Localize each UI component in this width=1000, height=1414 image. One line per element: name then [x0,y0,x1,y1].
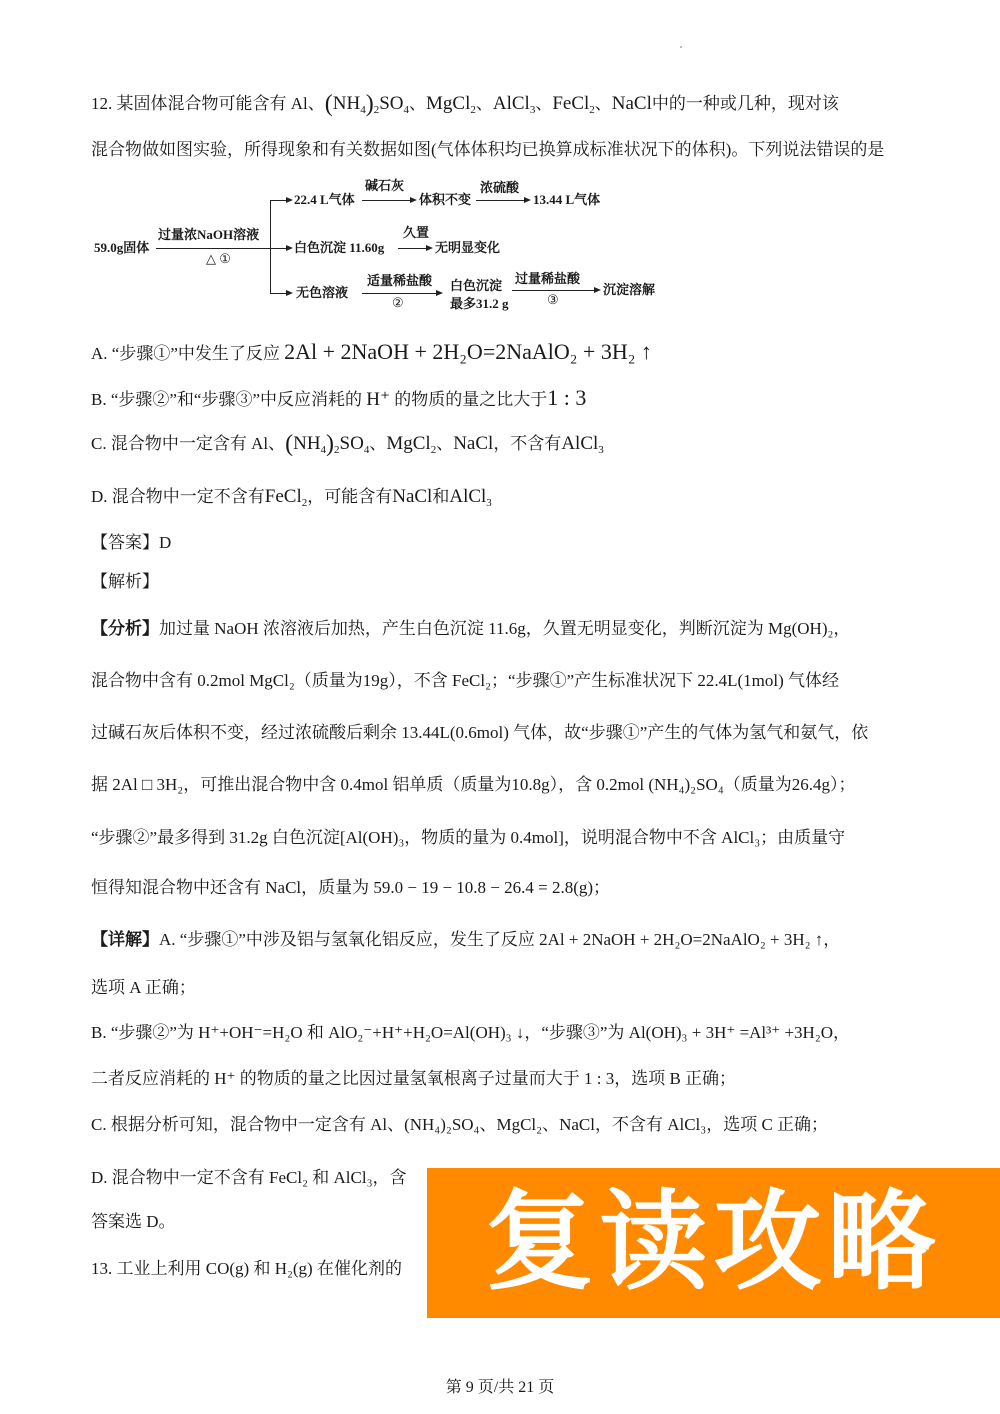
branch-vertical-line [270,200,271,293]
ratio: 1 : 3 [547,385,586,410]
xiangjie-line-2: 选项 A 正确； [91,976,196,1000]
option-text: 和 [432,487,449,506]
reagent-stand: 久置 [403,225,429,241]
arrow-head-icon [286,197,293,203]
stem-text: 工业上利用 CO(g) 和 H₂(g) 在催化剂的 [117,1259,402,1278]
formula-fecl2: FeCl2 [265,486,307,507]
xiangjie-line-6: D. 混合物中一定不含有 FeCl₂ 和 AlCl₃，含 [91,1166,407,1190]
arrow-head-icon [286,245,293,251]
option-text: ，不含有 [493,434,561,453]
formula-nacl: NaCl [453,433,493,454]
formula-alcl3: AlCl3 [493,93,535,114]
watermark-text: 复读攻略 [485,1189,941,1297]
condition-heat-step1: △ ① [206,251,231,267]
fenxi-line-6: 恒得知混合物中还含有 NaCl，质量为 59.0 − 19 − 10.8 − 2… [91,876,610,900]
formula-fecl2: FeCl2 [552,93,594,114]
step2-marker: ② [392,295,404,311]
max-mass: 最多31.2 g [450,296,509,312]
fenxi-label: 【分析】 [91,619,159,638]
option-text: 混合物中一定含有 Al、 [111,434,285,453]
option-c: C. 混合物中一定含有 Al、(NH4)2SO4、MgCl2、NaCl，不含有A… [91,432,604,456]
arrow-head-icon [286,290,293,296]
answer-value: D [159,533,171,552]
watermark-banner: 复读攻略 [427,1168,1000,1318]
fenxi-line-2: 混合物中含有 0.2mol MgCl₂（质量为19g），不含 FeCl₂；“步骤… [91,669,839,693]
ion-formula: H⁺ [366,389,390,410]
question-number: 13. [91,1259,112,1278]
xiangjie-line-5: C. 根据分析可知，混合物中一定含有 Al、(NH₄)₂SO₄、MgCl₂、Na… [91,1113,828,1137]
arrow-head-icon [410,197,417,203]
reagent-dilute-hcl-moderate: 适量稀盐酸 [367,273,432,289]
separator: 、 [535,94,552,113]
arrow-line [512,290,596,291]
formula-nacl: NaCl [612,93,652,114]
page-footer: 第 9 页/共 21 页 [0,1374,1000,1397]
option-label: C. [91,434,107,453]
stem-text: 某固体混合物可能含有 Al、 [117,94,325,113]
reagent-conc-h2so4: 浓硫酸 [480,180,519,196]
reagent-dilute-hcl-excess: 过量稀盐酸 [515,271,580,287]
white-precipitate-mass: 白色沉淀 11.60g [294,240,384,256]
white-precipitate: 白色沉淀 [450,278,502,294]
analysis-heading: 【解析】 [91,570,159,594]
fenxi-line-1: 【分析】加过量 NaOH 浓溶液后加热，产生白色沉淀 11.6g，久置无明显变化… [91,617,850,641]
formula-nh4so4: (NH4)2SO4 [325,93,409,114]
stem-text: 中的一种或几种，现对该 [652,94,839,113]
equation: 2Al + 2NaOH + 2H₂O=2NaAlO₂ + 3H₂ ↑ [284,339,652,364]
gas-remaining: 13.44 L气体 [533,192,600,208]
fenxi-line-5: “步骤②”最多得到 31.2g 白色沉淀[Al(OH)₃，物质的量为 0.4mo… [91,826,845,850]
arrow-head-icon [524,197,531,203]
main-arrow-line [156,248,270,249]
option-text: “步骤②”和“步骤③”中反应消耗的 [111,390,362,409]
start-solid: 59.0g固体 [94,240,149,256]
experiment-flow-diagram: 59.0g固体 过量浓NaOH溶液 △ ① 22.4 L气体 碱石灰 体积不变 … [90,178,680,318]
arrow-line [398,248,428,249]
xiangjie-text: A. “步骤①”中涉及铝与氢氧化铝反应，发生了反应 2Al + 2NaOH + … [159,930,840,949]
option-text: ，可能含有 [307,487,392,506]
question-13-stem: 13. 工业上利用 CO(g) 和 H₂(g) 在催化剂的 [91,1257,402,1281]
option-label: D. [91,487,108,506]
option-text: 混合物中一定不含有 [112,487,265,506]
no-change-result: 无明显变化 [435,240,500,256]
arrow-line [362,200,412,201]
arrow-head-icon [426,245,433,251]
xiangjie-line-7: 答案选 D。 [91,1210,176,1234]
option-label: B. [91,390,107,409]
option-b: B. “步骤②”和“步骤③”中反应消耗的 H⁺ 的物质的量之比大于1 : 3 [91,386,586,412]
fenxi-text: 加过量 NaOH 浓溶液后加热，产生白色沉淀 11.6g，久置无明显变化，判断沉… [159,619,850,638]
option-d: D. 混合物中一定不含有FeCl2，可能含有NaCl和AlCl3 [91,485,492,509]
question-12-stem-line1: 12. 某固体混合物可能含有 Al、(NH4)2SO4、MgCl2、AlCl3、… [91,92,839,116]
question-number: 12. [91,94,112,113]
formula-alcl3: AlCl3 [561,433,603,454]
formula-alcl3: AlCl3 [449,486,491,507]
arrow-head-icon [594,287,601,293]
scan-speck [680,46,682,48]
gas-volume: 22.4 L气体 [294,192,355,208]
formula-nh4so4: (NH4)2SO4 [285,433,369,454]
formula-mgcl2: MgCl2 [386,433,436,454]
arrow-line [476,200,526,201]
reagent-naoh: 过量浓NaOH溶液 [158,227,259,243]
option-text: 的物质的量之比大于 [394,390,547,409]
xiangjie-label: 【详解】 [91,930,159,949]
reagent-soda-lime: 碱石灰 [365,178,404,194]
option-label: A. [91,344,108,363]
xiangjie-line-4: 二者反应消耗的 H⁺ 的物质的量之比因过量氢氧根离子过量而大于 1 : 3，选项… [91,1067,736,1091]
xiangjie-line-3: B. “步骤②”为 H⁺+OH⁻=H₂O 和 AlO₂⁻+H⁺+H₂O=Al(O… [91,1021,850,1045]
separator: 、 [476,94,493,113]
formula-mgcl2: MgCl2 [426,93,476,114]
gas-result-unchanged: 体积不变 [419,192,471,208]
fenxi-line-3: 过碱石灰后体积不变，经过浓硫酸后剩余 13.44L(0.6mol) 气体，故“步… [91,721,868,745]
xiangjie-line-1: 【详解】A. “步骤①”中涉及铝与氢氧化铝反应，发生了反应 2Al + 2NaO… [91,928,840,952]
formula-nacl: NaCl [392,486,432,507]
separator: 、 [595,94,612,113]
separator: 、 [409,94,426,113]
precipitate-dissolves: 沉淀溶解 [603,282,655,298]
colorless-solution: 无色溶液 [296,285,348,301]
answer-label: 【答案】 [91,533,159,552]
option-a: A. “步骤①”中发生了反应 2Al + 2NaOH + 2H₂O=2NaAlO… [91,340,652,366]
option-text: “步骤①”中发生了反应 [112,344,280,363]
question-12-stem-line2: 混合物做如图实验，所得现象和有关数据如图(气体体积均已换算成标准状况下的体积)。… [91,138,884,162]
answer-line: 【答案】D [91,531,171,555]
step3-marker: ③ [547,292,559,308]
fenxi-line-4: 据 2Al □ 3H₂，可推出混合物中含 0.4mol 铝单质（质量为10.8g… [91,773,856,797]
arrow-head-icon [436,290,443,296]
arrow-line [362,293,438,294]
